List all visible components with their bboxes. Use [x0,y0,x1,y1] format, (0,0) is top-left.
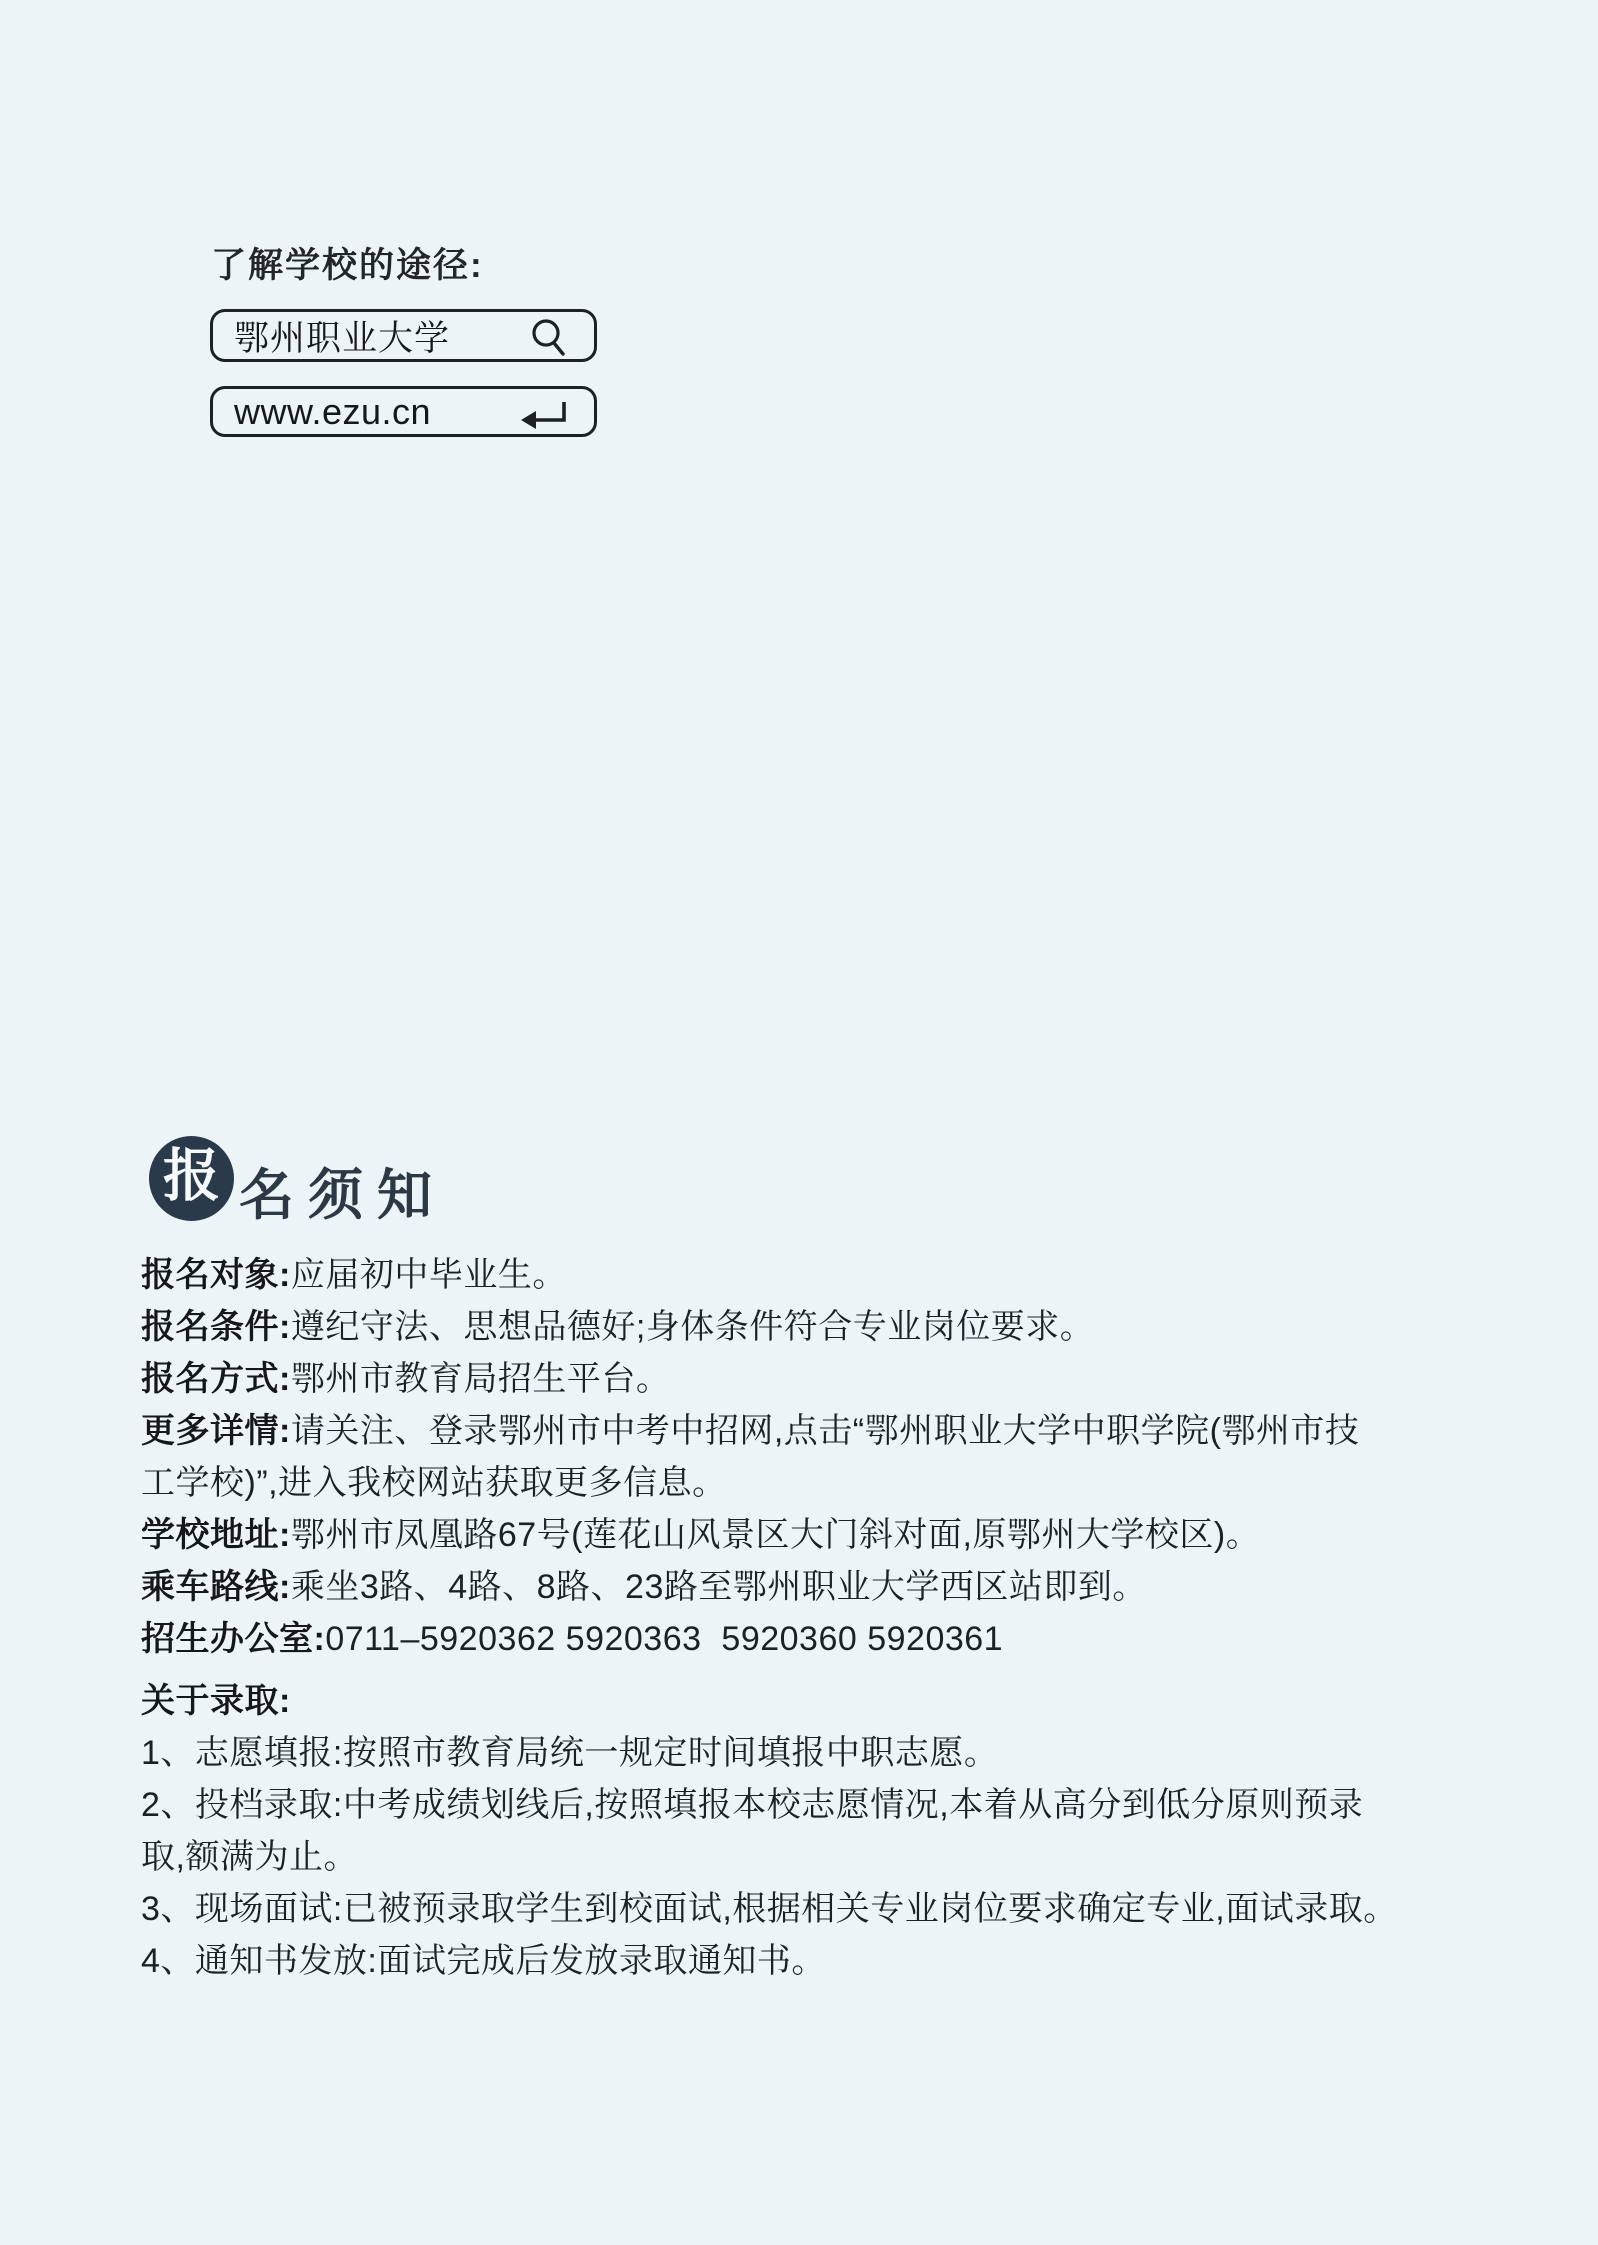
notice-line: 4、通知书发放:面试完成后发放录取通知书。 [141,1935,1521,1987]
notice-line: 学校地址:鄂州市凤凰路67号(莲花山风景区大门斜对面,原鄂州大学校区)。 [141,1509,1521,1561]
website-url-box[interactable]: www.ezu.cn [210,386,597,437]
notice-badge: 报 [149,1136,234,1221]
notice-line: 报名条件:遵纪守法、思想品德好;身体条件符合专业岗位要求。 [141,1301,1521,1353]
search-query-text: 鄂州职业大学 [213,311,450,361]
notice-line-label: 报名方式: [141,1360,291,1398]
notice-line: 报名对象:应届初中毕业生。 [141,1249,1521,1301]
brochure-page: 了解学校的途径: 鄂州职业大学 www.ezu.cn 报 名须知 报名对象:应届… [0,0,1598,2245]
notice-line: 3、现场面试:已被预录取学生到校面试,根据相关专业岗位要求确定专业,面试录取。 [141,1883,1521,1935]
website-url-text: www.ezu.cn [213,391,431,433]
notice-line: 招生办公室:0711–5920362 5920363 5920360 59203… [141,1613,1521,1665]
notice-line: 取,额满为止。 [141,1831,1521,1883]
notice-line: 工学校)”,进入我校网站获取更多信息。 [141,1457,1521,1509]
search-icon [528,317,572,366]
notice-line-label: 更多详情: [141,1412,291,1450]
enter-return-icon [520,400,570,435]
notice-line: 乘车路线:乘坐3路、4路、8路、23路至鄂州职业大学西区站即到。 [141,1561,1521,1613]
notice-line-label: 报名对象: [141,1256,291,1294]
school-search-box[interactable]: 鄂州职业大学 [210,309,597,362]
notice-line: 关于录取: [141,1675,1521,1727]
notice-badge-char: 报 [163,1148,220,1209]
notice-line: 2、投档录取:中考成绩划线后,按照填报本校志愿情况,本着从高分到低分原则预录 [141,1779,1521,1831]
notice-line: 更多详情:请关注、登录鄂州市中考中招网,点击“鄂州职业大学中职学院(鄂州市技 [141,1405,1521,1457]
notice-line-label: 乘车路线: [141,1568,291,1606]
notice-line: 1、志愿填报:按照市教育局统一规定时间填报中职志愿。 [141,1727,1521,1779]
notice-title: 名须知 [239,1151,446,1230]
discover-heading: 了解学校的途径: [211,238,484,288]
notice-line-label: 学校地址: [141,1516,291,1554]
notice-line-label: 招生办公室: [141,1620,325,1658]
notice-line-label: 关于录取: [141,1682,291,1720]
notice-line: 报名方式:鄂州市教育局招生平台。 [141,1353,1521,1405]
notice-line-label: 报名条件: [141,1308,291,1346]
notice-lines: 报名对象:应届初中毕业生。报名条件:遵纪守法、思想品德好;身体条件符合专业岗位要… [141,1249,1521,1987]
